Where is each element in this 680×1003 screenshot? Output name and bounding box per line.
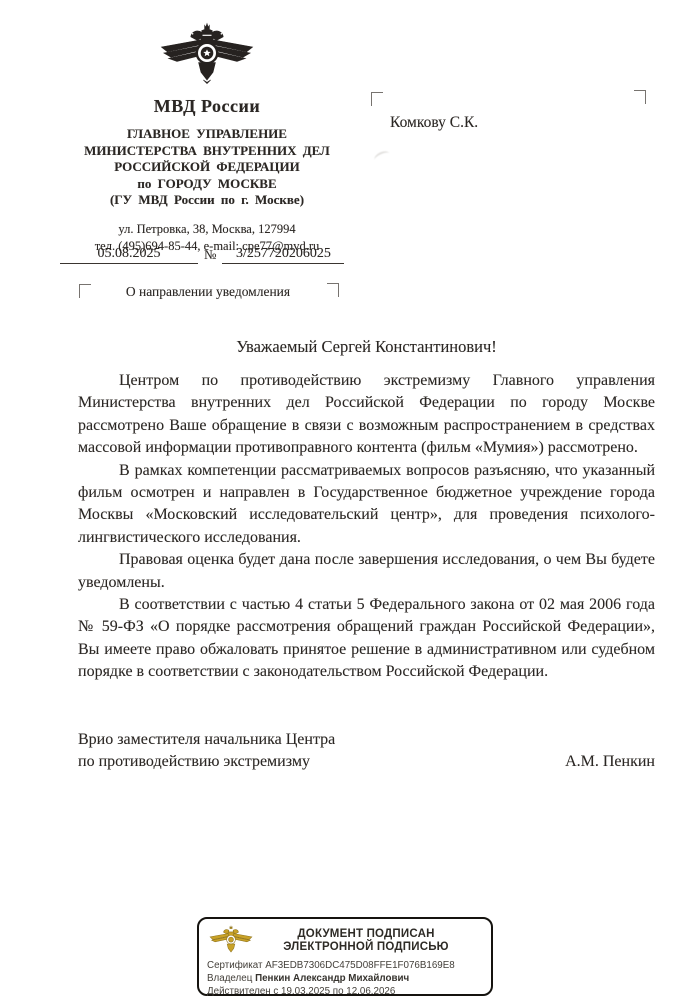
salutation: Уважаемый Сергей Константинович! <box>78 337 655 357</box>
e-signature-stamp: ДОКУМЕНТ ПОДПИСАН ЭЛЕКТРОННОЙ ПОДПИСЬЮ С… <box>197 917 493 996</box>
document-date: 05.08.2025 <box>60 246 198 264</box>
scan-smudge <box>373 149 391 164</box>
certificate-label: Сертификат <box>207 960 262 971</box>
signature-block: Врио заместителя начальника Центра по пр… <box>78 729 655 773</box>
body-paragraph: В соответствии с частью 4 статьи 5 Федер… <box>78 594 655 684</box>
agency-name: МВД России <box>57 96 357 117</box>
body-paragraph: Правовая оценка будет дана после заверше… <box>78 549 655 594</box>
stamp-title: ДОКУМЕНТ ПОДПИСАН ЭЛЕКТРОННОЙ ПОДПИСЬЮ <box>253 928 483 954</box>
stamp-validity: Действителен с 19.03.2025 по 12.06.2026 <box>207 985 483 998</box>
body-paragraph: Центром по противодействию экстремизму Г… <box>78 370 655 460</box>
signer-title: Врио заместителя начальника Центра по пр… <box>78 729 335 773</box>
signer-title-line: по противодействию экстремизму <box>78 751 335 773</box>
signer-title-line: Врио заместителя начальника Центра <box>78 729 335 751</box>
stamp-header: ДОКУМЕНТ ПОДПИСАН ЭЛЕКТРОННОЙ ПОДПИСЬЮ <box>207 922 483 959</box>
stamp-title-line: ЭЛЕКТРОННОЙ ПОДПИСЬЮ <box>253 941 479 954</box>
stamp-certificate: Сертификат AF3EDB7306DC475D08FFE1F076B16… <box>207 959 483 972</box>
stamp-title-line: ДОКУМЕНТ ПОДПИСАН <box>253 928 479 941</box>
org-line: РОССИЙСКОЙ ФЕДЕРАЦИИ <box>57 159 357 176</box>
letterhead: МВД России ГЛАВНОЕ УПРАВЛЕНИЕ МИНИСТЕРСТ… <box>57 20 357 255</box>
address-line: ул. Петровка, 38, Москва, 127994 <box>57 221 357 238</box>
addressee-corner-right <box>634 90 646 104</box>
number-sign: № <box>204 247 216 263</box>
document-number: 3/257720206025 <box>222 246 344 264</box>
date-number-line: 05.08.2025 № 3/257720206025 <box>60 240 356 264</box>
addressee-corner-left <box>371 92 383 106</box>
stamp-owner: Владелец Пенкин Александр Михайлович <box>207 972 483 985</box>
owner-value: Пенкин Александр Михайлович <box>255 973 409 984</box>
body-paragraph: В рамках компетенции рассматриваемых воп… <box>78 460 655 550</box>
owner-label: Владелец <box>207 973 252 984</box>
org-line: МИНИСТЕРСТВА ВНУТРЕННИХ ДЕЛ <box>57 143 357 160</box>
letter-body: Центром по противодействию экстремизму Г… <box>78 370 655 684</box>
org-line: ГЛАВНОЕ УПРАВЛЕНИЕ <box>57 126 357 143</box>
mvd-gold-emblem-icon <box>209 923 253 959</box>
subject-line: О направлении уведомления <box>60 284 356 300</box>
signer-name: А.М. Пенкин <box>565 751 655 773</box>
org-name: ГЛАВНОЕ УПРАВЛЕНИЕ МИНИСТЕРСТВА ВНУТРЕНН… <box>57 126 357 209</box>
mvd-emblem-icon <box>159 20 255 92</box>
addressee-name: Комкову С.К. <box>390 114 478 132</box>
document-page: МВД России ГЛАВНОЕ УПРАВЛЕНИЕ МИНИСТЕРСТ… <box>0 0 680 1003</box>
certificate-value: AF3EDB7306DC475D08FFE1F076B169E8 <box>265 960 455 971</box>
org-line: (ГУ МВД России по г. Москве) <box>57 192 357 209</box>
org-line: по ГОРОДУ МОСКВЕ <box>57 176 357 193</box>
